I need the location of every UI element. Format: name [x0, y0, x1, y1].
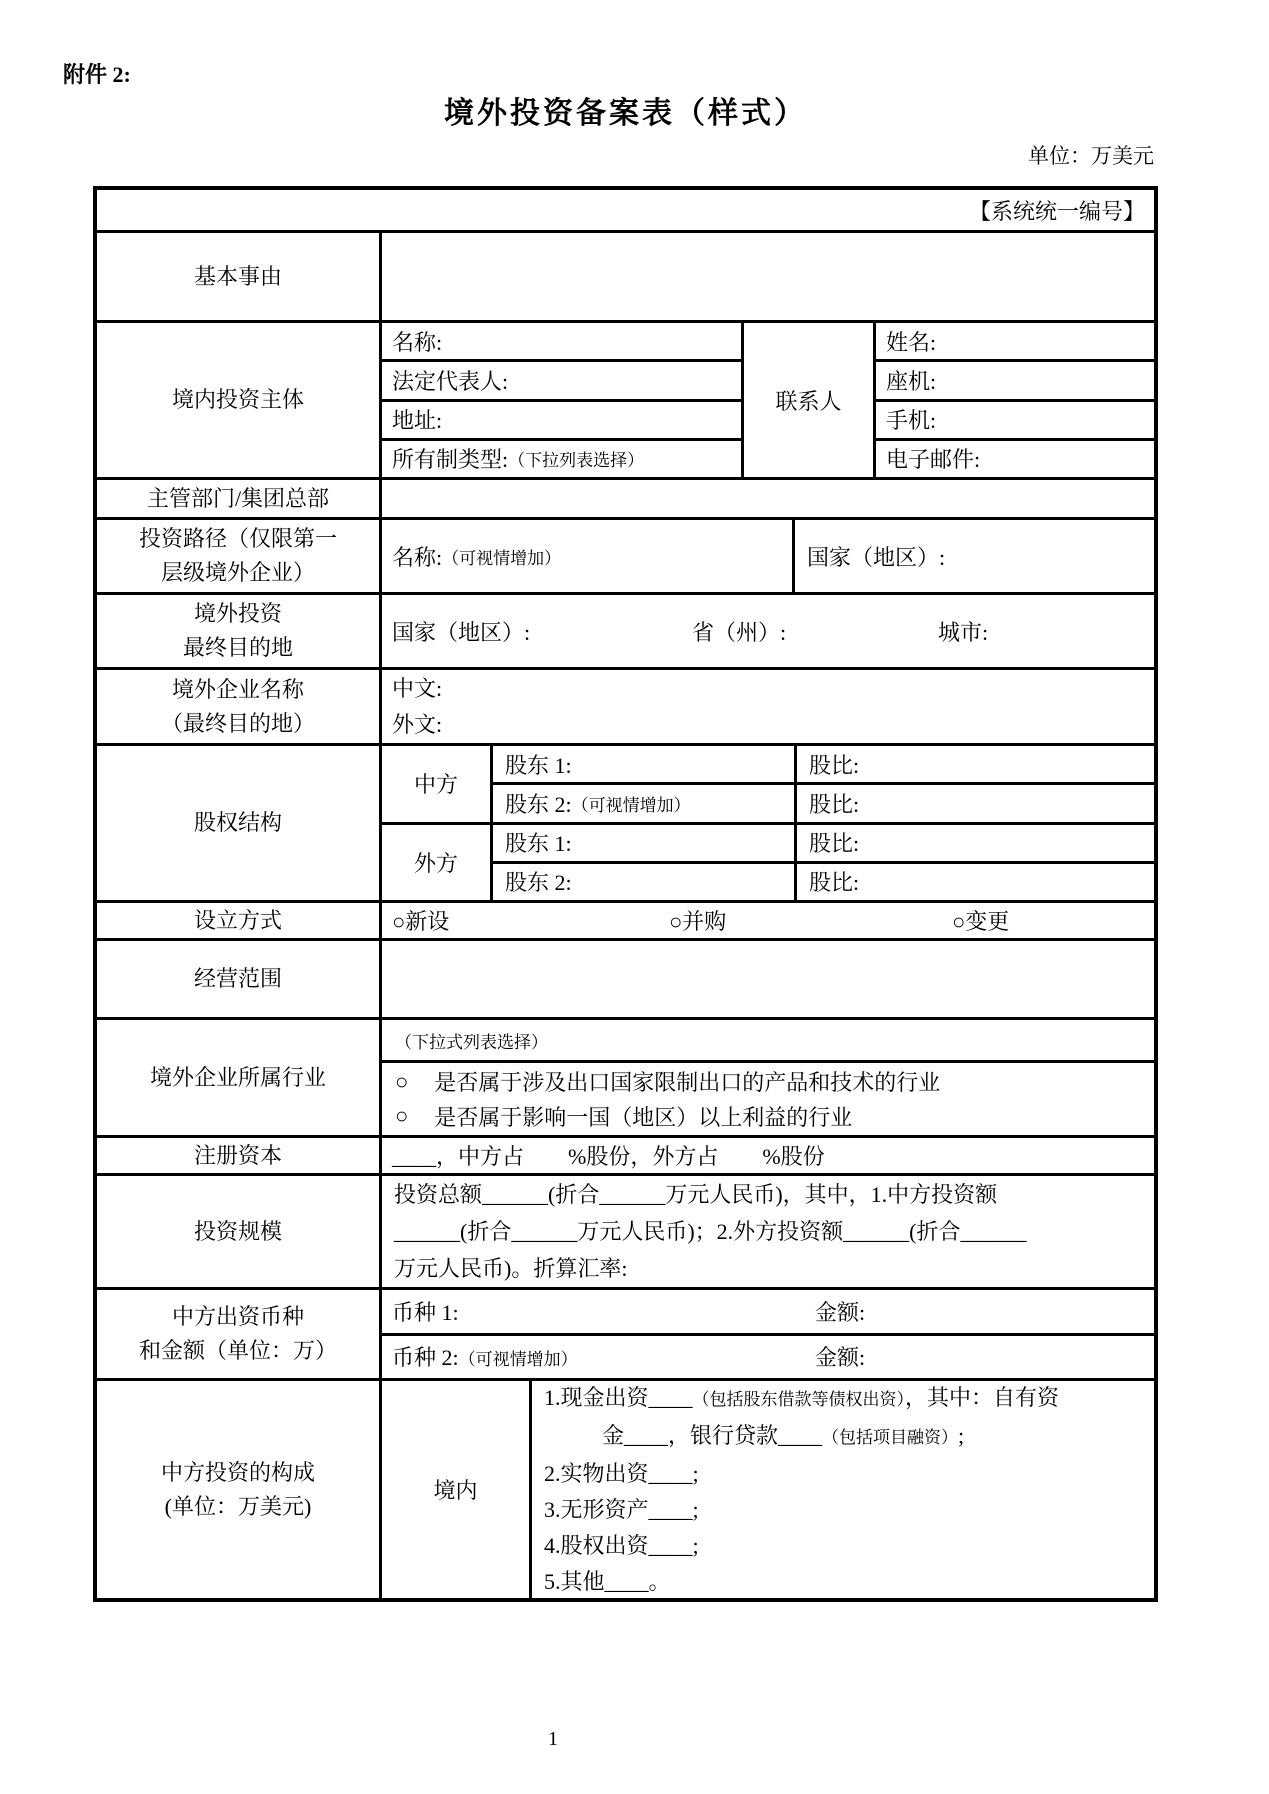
contact-person-label: 联系人 — [775, 385, 841, 416]
path-name-note: （可视情增加） — [442, 544, 561, 569]
document-page: 附件 2: 境外投资备案表（样式） 单位：万美元 【系统统一编号】 基本事由 境… — [0, 0, 1269, 1794]
invest-path-label: 投资路径（仅限第一 层级境外企业） — [97, 520, 382, 592]
setup-option-change[interactable]: ○变更 — [952, 905, 1009, 936]
cn-ratio2-field[interactable]: 股比: — [797, 785, 1154, 821]
contact-person-cell: 联系人 — [744, 323, 876, 477]
landline-field[interactable]: 座机: — [876, 359, 1154, 398]
overseas-name-label: 境外企业名称 （最终目的地） — [97, 670, 382, 743]
invest-scale-line2: ______(折合______万元人民币)；2.外方投资额______(折合__… — [394, 1213, 1142, 1250]
currency-label: 中方出资币种 和金额（单位：万） — [97, 1290, 382, 1378]
ownership-type-field[interactable]: 所有制类型: （下拉列表选择） — [382, 438, 741, 477]
cn-shareholder2-field[interactable]: 股东 2: （可视情增加） — [493, 785, 797, 821]
domestic-investor-cells: 名称: 法定代表人: 地址: 所有制类型: （下拉列表选择） 联系人 — [382, 323, 1154, 477]
composition-item-1-note: （包括股东借款等债权出资） — [693, 1390, 906, 1409]
currency-cells: 币种 1: 金额: 币种 2:（可视情增加） 金额: — [382, 1290, 1154, 1378]
overseas-name-label-line1: 境外企业名称 — [172, 673, 304, 707]
invest-scale-text: 投资总额______(折合______万元人民币)，其中，1.中方投资额 ___… — [382, 1176, 1154, 1287]
invest-path-label-line2: 层级境外企业） — [161, 556, 315, 590]
page-number: 1 — [548, 1728, 558, 1751]
composition-item-3: 3.无形资产____; — [544, 1492, 1142, 1528]
currency2-label: 币种 2:（可视情增加） — [392, 1341, 815, 1372]
industry-cells: （下拉式列表选择） ○ 是否属于涉及出口国家限制出口的产品和技术的行业 ○ 是否… — [382, 1020, 1154, 1135]
equity-cells: 中方 股东 1: 股比: 股东 2: — [382, 746, 1154, 900]
investor-name-field[interactable]: 名称: — [382, 323, 741, 359]
system-code-row: 【系统统一编号】 — [97, 190, 1154, 230]
overseas-name-label-line2: （最终目的地） — [161, 707, 315, 741]
chinese-shareholder-rows: 股东 1: 股比: 股东 2: （可视情增加） — [493, 746, 1154, 822]
destination-city-label: 城市: — [938, 616, 988, 647]
basic-reason-row: 基本事由 — [97, 230, 1154, 320]
registered-capital-cell[interactable]: ____，中方占 %股份，外方占 %股份 — [382, 1138, 1154, 1173]
system-code-label: 【系统统一编号】 — [969, 195, 1145, 226]
composition-item-1-part: ，其中：自有资 — [905, 1385, 1059, 1410]
destination-province-label: 省（州）: — [692, 616, 938, 647]
invest-path-row: 投资路径（仅限第一 层级境外企业） 名称: （可视情增加） 国家（地区）: — [97, 517, 1154, 592]
composition-label: 中方投资的构成 (单位：万美元) — [97, 1381, 382, 1598]
cn-ratio1-field[interactable]: 股比: — [797, 746, 1154, 782]
path-country-field[interactable]: 国家（地区）: — [795, 520, 1154, 592]
address-label: 地址: — [392, 404, 442, 435]
industry-dropdown-field[interactable]: （下拉式列表选择） — [382, 1020, 1154, 1063]
amount2-label: 金额: — [815, 1341, 865, 1372]
table-row: 股东 2: （可视情增加） 股比: — [493, 782, 1154, 821]
currency2-field[interactable]: 币种 2:（可视情增加） 金额: — [382, 1333, 1154, 1379]
amount1-label: 金额: — [815, 1296, 865, 1327]
investor-name-label: 名称: — [392, 326, 442, 357]
attachment-label: 附件 2: — [63, 58, 131, 89]
industry-dropdown-note: （下拉式列表选择） — [395, 1028, 548, 1053]
industry-label: 境外企业所属行业 — [97, 1020, 382, 1135]
destination-label-line1: 境外投资 — [194, 597, 282, 631]
contact-fields-column: 姓名: 座机: 手机: 电子邮件: — [876, 323, 1154, 477]
composition-row: 中方投资的构成 (单位：万美元) 境内 1.现金出资____（包括股东借款等债权… — [97, 1378, 1154, 1598]
cn-ratio1-label: 股比: — [809, 749, 859, 780]
table-row: 股东 1: 股比: — [493, 746, 1154, 782]
industry-row: 境外企业所属行业 （下拉式列表选择） ○ 是否属于涉及出口国家限制出口的产品和技… — [97, 1017, 1154, 1135]
composition-side-label: 境内 — [382, 1381, 532, 1598]
registered-capital-row: 注册资本 ____，中方占 %股份，外方占 %股份 — [97, 1135, 1154, 1173]
contact-name-label: 姓名: — [886, 326, 936, 357]
invest-scale-line3: 万元人民币)。折算汇率: — [394, 1250, 1142, 1287]
destination-label: 境外投资 最终目的地 — [97, 595, 382, 667]
basic-reason-label: 基本事由 — [97, 233, 382, 320]
currency-row: 中方出资币种 和金额（单位：万） 币种 1: 金额: 币种 2:（可视情增加） … — [97, 1287, 1154, 1378]
composition-item-5: 5.其他____。 — [544, 1564, 1142, 1600]
destination-label-line2: 最终目的地 — [183, 631, 293, 665]
legal-rep-label: 法定代表人: — [392, 365, 508, 396]
equity-foreign-group: 外方 股东 1: 股比: 股东 2: — [382, 822, 1154, 901]
investor-fields-column: 名称: 法定代表人: 地址: 所有制类型: （下拉列表选择） — [382, 323, 744, 477]
table-row: 股东 1: 股比: — [493, 825, 1154, 861]
invest-scale-line1: 投资总额______(折合______万元人民币)，其中，1.中方投资额 — [394, 1176, 1142, 1213]
radio-circle-icon[interactable]: ○ — [395, 1069, 408, 1095]
overseas-name-foreign-label: 外文: — [392, 707, 1154, 743]
legal-rep-field[interactable]: 法定代表人: — [382, 359, 741, 398]
registered-capital-label: 注册资本 — [97, 1138, 382, 1173]
registered-capital-text: ____，中方占 %股份，外方占 %股份 — [392, 1140, 825, 1171]
unit-label: 单位：万美元 — [93, 140, 1154, 170]
industry-question-1: ○ 是否属于涉及出口国家限制出口的产品和技术的行业 — [395, 1066, 1154, 1097]
currency1-label: 币种 1: — [392, 1296, 815, 1327]
path-country-label: 国家（地区）: — [807, 541, 945, 572]
invest-path-label-line1: 投资路径（仅限第一 — [139, 522, 337, 556]
path-name-field[interactable]: 名称: （可视情增加） — [382, 520, 795, 592]
currency1-field[interactable]: 币种 1: 金额: — [382, 1290, 1154, 1333]
composition-item-1-part: 金____，银行贷款____ — [602, 1423, 822, 1448]
mobile-field[interactable]: 手机: — [876, 399, 1154, 438]
dept-label: 主管部门/集团总部 — [97, 480, 382, 517]
cn-shareholder1-field[interactable]: 股东 1: — [493, 746, 797, 782]
destination-cell[interactable]: 国家（地区）: 省（州）: 城市: — [382, 595, 1154, 667]
fr-shareholder1-label: 股东 1: — [505, 827, 572, 858]
fr-ratio2-field[interactable]: 股比: — [797, 864, 1154, 900]
fr-ratio1-field[interactable]: 股比: — [797, 825, 1154, 861]
industry-question-2: ○ 是否属于影响一国（地区）以上利益的行业 — [395, 1101, 1154, 1132]
currency2-note: （可视情增加） — [459, 1350, 578, 1369]
composition-item-1-line1: 1.现金出资____（包括股东借款等债权出资），其中：自有资 — [544, 1380, 1142, 1418]
foreign-side-label: 外方 — [382, 825, 493, 901]
table-row: 股东 2: 股比: — [493, 861, 1154, 900]
chinese-side-label: 中方 — [382, 746, 493, 822]
business-scope-cell[interactable] — [382, 941, 1154, 1017]
landline-label: 座机: — [886, 365, 936, 396]
composition-cells: 境内 1.现金出资____（包括股东借款等债权出资），其中：自有资 金____，… — [382, 1381, 1154, 1598]
industry-question-1-text: 是否属于涉及出口国家限制出口的产品和技术的行业 — [434, 1066, 940, 1097]
destination-row: 境外投资 最终目的地 国家（地区）: 省（州）: 城市: — [97, 592, 1154, 667]
foreign-shareholder-rows: 股东 1: 股比: 股东 2: 股比: — [493, 825, 1154, 901]
composition-item-4: 4.股权出资____; — [544, 1528, 1142, 1564]
overseas-name-cn-label: 中文: — [392, 671, 1154, 707]
fr-ratio1-label: 股比: — [809, 827, 859, 858]
composition-item-1-part: 1.现金出资____ — [544, 1385, 693, 1410]
email-label: 电子邮件: — [886, 443, 980, 474]
contact-name-field[interactable]: 姓名: — [876, 323, 1154, 359]
currency-label-line1: 中方出资币种 — [172, 1300, 304, 1334]
cn-shareholder1-label: 股东 1: — [505, 749, 572, 780]
business-scope-row: 经营范围 — [97, 938, 1154, 1017]
setup-mode-cell: ○新设 ○并购 ○变更 — [382, 903, 1154, 938]
domestic-investor-row: 境内投资主体 名称: 法定代表人: 地址: 所有制类型: （下拉列表选择） — [97, 320, 1154, 477]
dept-cell[interactable] — [382, 480, 1154, 517]
composition-item-2: 2.实物出资____; — [544, 1456, 1142, 1492]
fr-shareholder2-field[interactable]: 股东 2: — [493, 864, 797, 900]
invest-scale-cell[interactable]: 投资总额______(折合______万元人民币)，其中，1.中方投资额 ___… — [382, 1176, 1154, 1287]
mobile-label: 手机: — [886, 404, 936, 435]
business-scope-label: 经营范围 — [97, 941, 382, 1017]
radio-circle-icon[interactable]: ○ — [395, 1103, 408, 1129]
fr-shareholder2-label: 股东 2: — [505, 866, 572, 897]
cn-shareholder2-note: （可视情增加） — [572, 791, 691, 816]
setup-option-new[interactable]: ○新设 — [392, 905, 669, 936]
setup-option-merger[interactable]: ○并购 — [669, 905, 952, 936]
dept-row: 主管部门/集团总部 — [97, 477, 1154, 517]
ownership-type-label: 所有制类型: — [392, 443, 508, 474]
path-name-label: 名称: — [392, 541, 442, 572]
fr-shareholder1-field[interactable]: 股东 1: — [493, 825, 797, 861]
equity-row: 股权结构 中方 股东 1: 股比: — [97, 743, 1154, 900]
basic-reason-cell[interactable] — [382, 233, 1154, 320]
overseas-name-row: 境外企业名称 （最终目的地） 中文: 外文: — [97, 667, 1154, 743]
currency2-label-text: 币种 2: — [392, 1345, 459, 1370]
page-title: 境外投资备案表（样式） — [93, 88, 1158, 132]
industry-questions: ○ 是否属于涉及出口国家限制出口的产品和技术的行业 ○ 是否属于影响一国（地区）… — [382, 1063, 1154, 1135]
composition-item-1-line2: 金____，银行贷款____（包括项目融资）; — [544, 1418, 1142, 1456]
composition-label-line2: (单位：万美元) — [165, 1490, 312, 1524]
invest-scale-row: 投资规模 投资总额______(折合______万元人民币)，其中，1.中方投资… — [97, 1173, 1154, 1287]
overseas-name-cell[interactable]: 中文: 外文: — [382, 670, 1154, 743]
destination-country-label: 国家（地区）: — [392, 616, 692, 647]
fr-ratio2-label: 股比: — [809, 866, 859, 897]
domestic-investor-label: 境内投资主体 — [97, 323, 382, 477]
cn-shareholder2-label: 股东 2: — [505, 788, 572, 819]
composition-item-1-note: （包括项目融资） — [822, 1428, 958, 1447]
composition-list-cell[interactable]: 1.现金出资____（包括股东借款等债权出资），其中：自有资 金____，银行贷… — [532, 1381, 1154, 1598]
equity-label: 股权结构 — [97, 746, 382, 900]
address-field[interactable]: 地址: — [382, 399, 741, 438]
ownership-type-note: （下拉列表选择） — [508, 446, 644, 471]
composition-item-1-part: ; — [958, 1423, 964, 1448]
equity-chinese-group: 中方 股东 1: 股比: 股东 2: — [382, 746, 1154, 822]
setup-mode-label: 设立方式 — [97, 903, 382, 938]
cn-ratio2-label: 股比: — [809, 788, 859, 819]
invest-scale-label: 投资规模 — [97, 1176, 382, 1287]
industry-question-2-text: 是否属于影响一国（地区）以上利益的行业 — [434, 1101, 852, 1132]
setup-mode-row: 设立方式 ○新设 ○并购 ○变更 — [97, 900, 1154, 938]
invest-path-cells: 名称: （可视情增加） 国家（地区）: — [382, 520, 1154, 592]
composition-label-line1: 中方投资的构成 — [161, 1456, 315, 1490]
currency-label-line2: 和金额（单位：万） — [139, 1334, 337, 1368]
filing-form-table: 【系统统一编号】 基本事由 境内投资主体 名称: 法定代表人: 地址: — [93, 186, 1158, 1602]
email-field[interactable]: 电子邮件: — [876, 438, 1154, 477]
